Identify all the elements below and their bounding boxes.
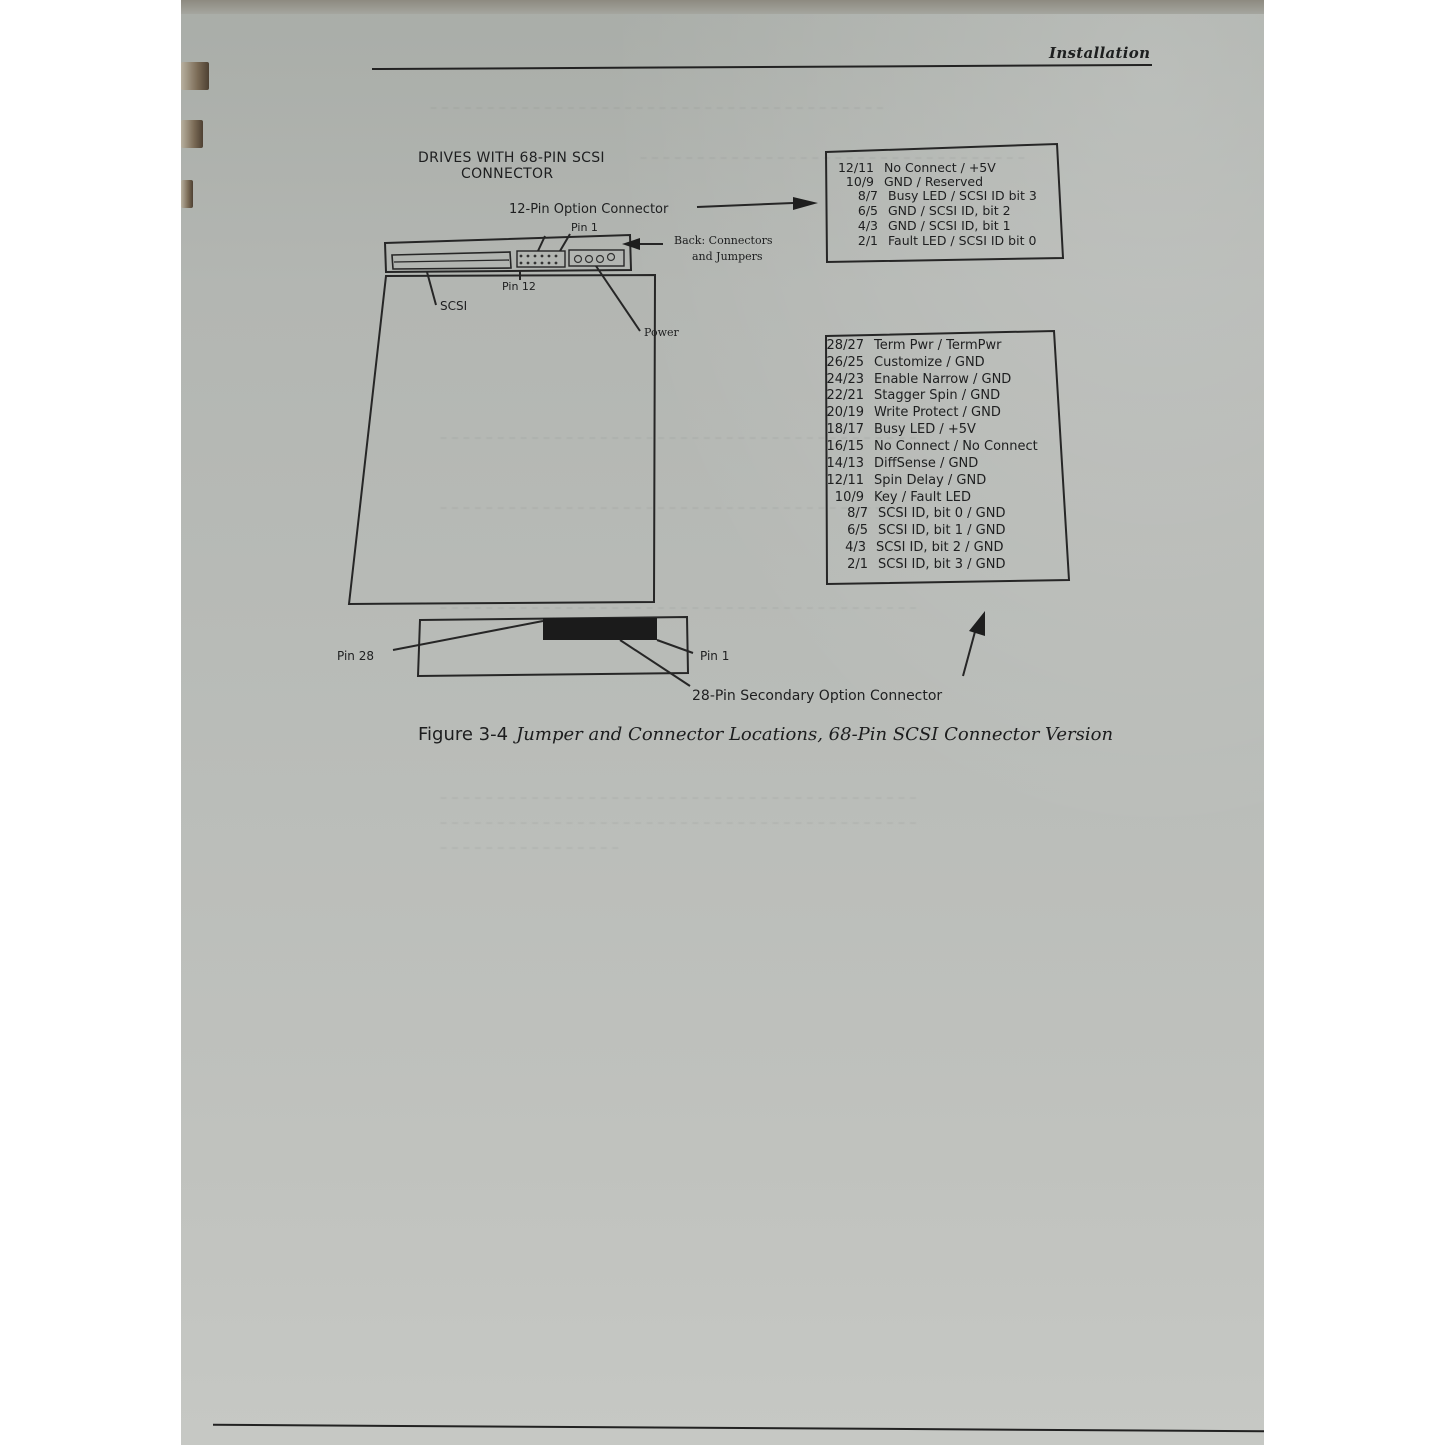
table-row: 16/15No Connect / No Connect [822, 439, 1038, 454]
table-row: 14/13DiffSense / GND [822, 456, 978, 471]
secondary-connector-block [543, 618, 657, 640]
table-row: 8/7SCSI ID, bit 0 / GND [826, 506, 1005, 521]
figure-heading-line1: DRIVES WITH 68-PIN SCSI [418, 150, 605, 166]
figure-number: Figure 3-4 [418, 724, 508, 745]
table-row: 20/19Write Protect / GND [822, 405, 1001, 420]
label-12pin-option-connector: 12-Pin Option Connector [509, 202, 668, 217]
table-row: 6/5SCSI ID, bit 1 / GND [826, 523, 1005, 538]
table-row: 4/3SCSI ID, bit 2 / GND [824, 540, 1003, 555]
label-pin1-bottom: Pin 1 [700, 649, 729, 663]
table-row: 2/1SCSI ID, bit 3 / GND [826, 557, 1005, 572]
figure-3-4: DRIVES WITH 68-PIN SCSI CONNECTOR 12-Pin… [0, 0, 1445, 1445]
table-row: 10/9GND / Reserved [832, 174, 983, 189]
label-scsi: SCSI [440, 299, 467, 313]
table-row: 28/27Term Pwr / TermPwr [822, 338, 1001, 353]
table-row: 22/21Stagger Spin / GND [822, 388, 1000, 403]
table-row: 8/7Busy LED / SCSI ID bit 3 [836, 188, 1037, 203]
figure-caption: Figure 3-4Jumper and Connector Locations… [418, 724, 1113, 745]
table-row: 6/5GND / SCSI ID, bit 2 [836, 203, 1011, 218]
table-row: 18/17Busy LED / +5V [822, 422, 976, 437]
table-row: 4/3GND / SCSI ID, bit 1 [836, 218, 1011, 233]
label-back-line2: and Jumpers [692, 250, 763, 263]
table-row: 26/25Customize / GND [822, 355, 985, 370]
arrow-right-icon [793, 197, 818, 210]
table-row: 12/11No Connect / +5V [832, 160, 996, 175]
drive-diagram [0, 0, 1445, 1445]
table-row: 10/9Key / Fault LED [822, 490, 971, 505]
label-pin12: Pin 12 [502, 280, 536, 293]
label-pin1-top: Pin 1 [571, 221, 598, 234]
label-pin28: Pin 28 [337, 649, 374, 663]
figure-caption-text: Jumper and Connector Locations, 68-Pin S… [516, 724, 1113, 745]
label-back-line1: Back: Connectors [674, 234, 773, 247]
drive-body-outline [349, 275, 655, 604]
table-row: 12/11Spin Delay / GND [822, 473, 986, 488]
table-row: 2/1Fault LED / SCSI ID bit 0 [836, 233, 1036, 248]
label-power: Power [644, 326, 679, 339]
label-secondary-connector: 28-Pin Secondary Option Connector [692, 688, 942, 704]
table-row: 24/23Enable Narrow / GND [822, 372, 1011, 387]
arrow-up-icon [969, 611, 985, 636]
figure-heading-line2: CONNECTOR [461, 166, 553, 182]
